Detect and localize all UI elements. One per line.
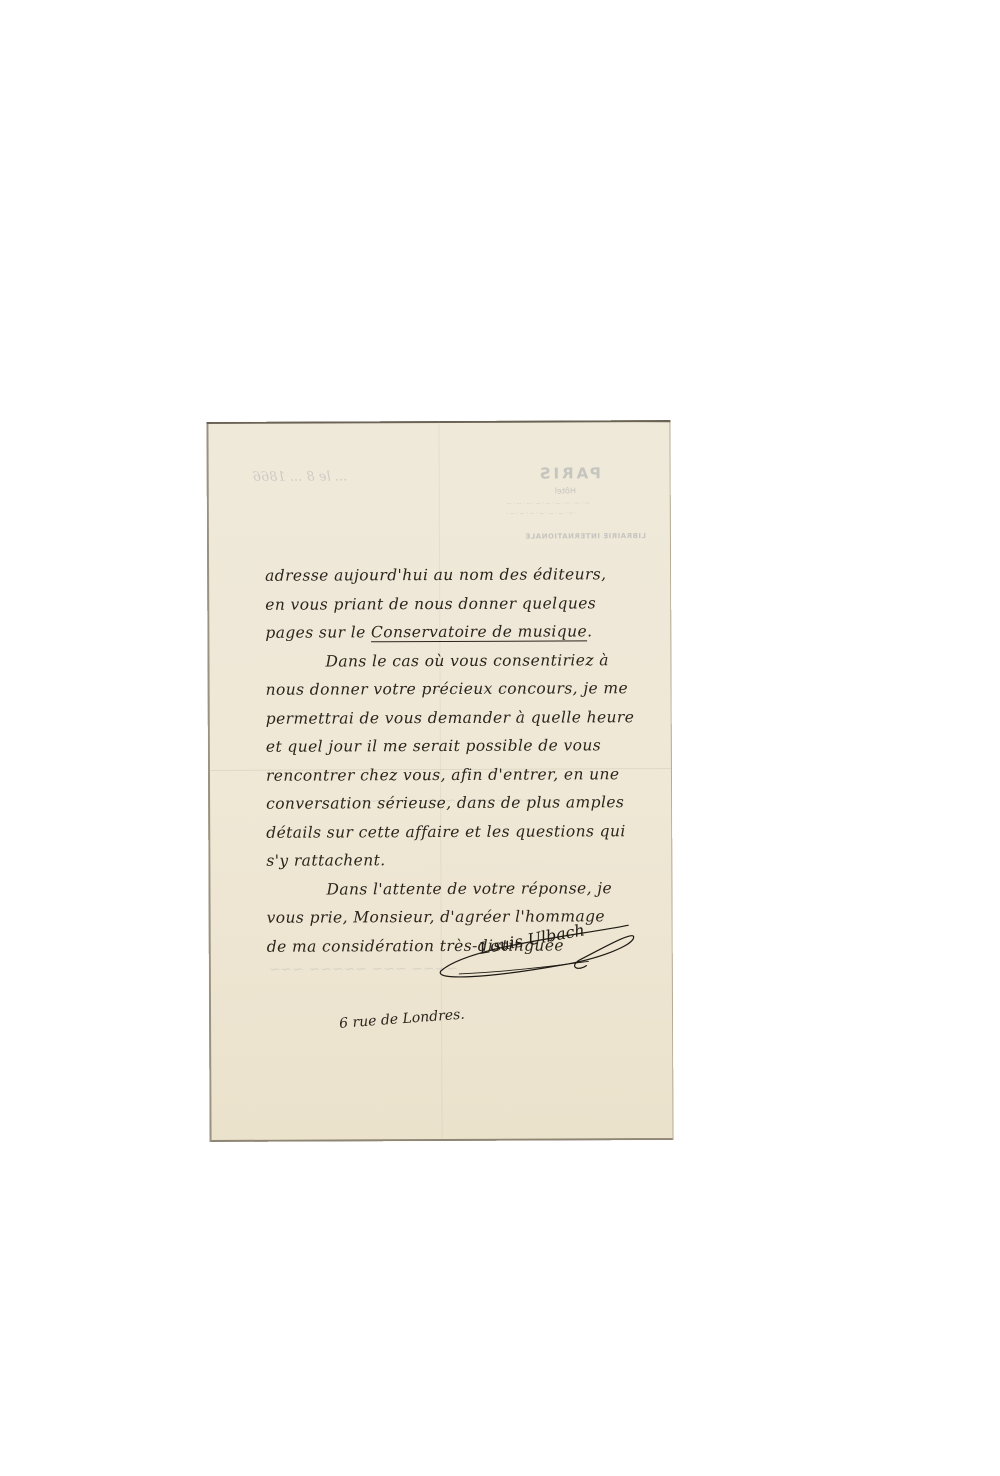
- letterhead-sub-bleedthrough: Hôtel: [555, 486, 576, 495]
- letterhead-city-bleedthrough: PARIS: [537, 464, 601, 482]
- letter-line: détails sur cette affaire et les questio…: [266, 817, 666, 847]
- letter-page: PARIS Hôtel — · — · — · — · — · — · — · …: [206, 420, 673, 1142]
- letter-line: Dans l'attente de votre réponse, je: [266, 874, 666, 904]
- letter-line: et quel jour il me serait possible de vo…: [266, 731, 666, 761]
- letterhead-publisher-bleedthrough: LIBRAIRIE INTERNATIONALE: [525, 532, 646, 541]
- letter-line: pages sur le Conservatoire de musique.: [265, 617, 665, 647]
- signature-block: Louis Ulbach: [429, 915, 639, 986]
- date-bleedthrough: ... le 8 ... 1866: [253, 469, 348, 484]
- letter-line: rencontrer chez vous, afin d'entrer, en …: [266, 760, 666, 790]
- signature-flourish-icon: [429, 915, 639, 986]
- letter-line: en vous priant de nous donner quelques: [265, 589, 665, 619]
- letterhead-detail-line: · — · — · — · — · — · — · — ·: [507, 510, 577, 516]
- underlined-phrase: Conservatoire de musique: [371, 622, 587, 641]
- letter-line: nous donner votre précieux concours, je …: [266, 674, 666, 704]
- letter-body: adresse aujourd'hui au nom des éditeurs,…: [265, 560, 667, 961]
- address: 6 rue de Londres.: [339, 1007, 466, 1032]
- letter-line-text: pages sur le: [265, 623, 365, 641]
- letter-line: Dans le cas où vous consentiriez à: [265, 646, 665, 676]
- letter-line: s'y rattachent.: [266, 845, 666, 875]
- letter-line: adresse aujourd'hui au nom des éditeurs,: [265, 560, 665, 590]
- letter-line: conversation sérieuse, dans de plus ampl…: [266, 788, 666, 818]
- letter-line: permettrai de vous demander à quelle heu…: [266, 703, 666, 733]
- letterhead-detail-line: — · — · — · — · — · — · — · — · —: [507, 500, 590, 506]
